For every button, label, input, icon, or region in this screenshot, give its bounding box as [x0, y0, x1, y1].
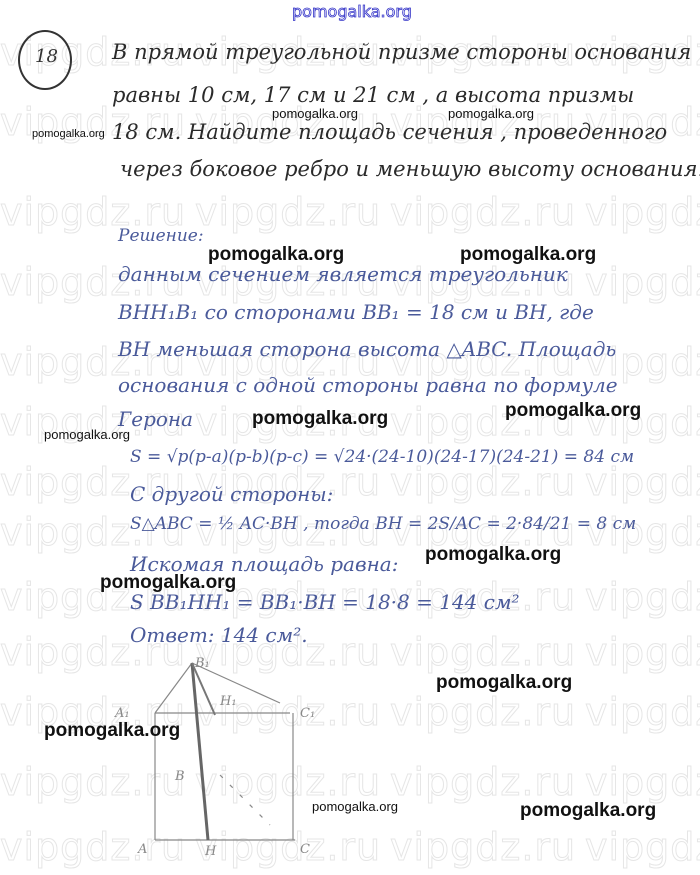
problem-line: 18 см. Найдите площадь сечения , проведе… — [112, 120, 667, 144]
label-c: C — [300, 842, 310, 855]
watermark: vipgdz.ru — [390, 760, 576, 804]
watermark: vipgdz.ru — [390, 190, 576, 234]
watermark: vipgdz.ru — [585, 760, 700, 804]
problem-number-badge: 18 — [18, 30, 72, 90]
watermark: vipgdz.ru — [390, 825, 576, 869]
site-link[interactable]: pomogalka.org — [292, 2, 412, 21]
overlay-watermark: pomogalka.org — [425, 544, 561, 566]
overlay-watermark: pomogalka.org — [436, 672, 572, 694]
overlay-watermark: pomogalka.org — [100, 572, 236, 594]
watermark: vipgdz.ru — [390, 690, 576, 734]
watermark: vipgdz.ru — [585, 690, 700, 734]
height-formula: S△ABC = ½ AC·BH , тогда BH = 2S/AC = 2·8… — [130, 514, 636, 534]
watermark: vipgdz.ru — [585, 260, 700, 304]
label-b: B — [174, 769, 185, 784]
overlay-watermark: pomogalka.org — [312, 799, 398, 814]
watermark: vipgdz.ru — [585, 190, 700, 234]
overlay-watermark: pomogalka.org — [272, 106, 358, 121]
overlay-watermark: pomogalka.org — [208, 244, 344, 266]
prism-figure: B₁ A₁ C₁ H₁ B A H C — [100, 655, 340, 855]
overlay-watermark: pomogalka.org — [32, 128, 105, 140]
solution-line: BHH₁B₁ со сторонами BB₁ = 18 см и BH, гд… — [118, 300, 594, 324]
watermark: vipgdz.ru — [585, 630, 700, 674]
watermark: vipgdz.ru — [390, 630, 576, 674]
solution-heading: Решение: — [118, 226, 204, 246]
problem-line: через боковое ребро и меньшую высоту осн… — [120, 157, 700, 181]
heron-formula: S = √p(p-a)(p-b)(p-c) = √24·(24-10)(24-1… — [130, 447, 634, 467]
solution-line: основания с одной стороны равна по форму… — [118, 373, 618, 397]
solution-line: С другой стороны: — [130, 482, 333, 506]
label-c1: C₁ — [300, 706, 315, 721]
label-h1: H₁ — [219, 694, 237, 709]
overlay-watermark: pomogalka.org — [520, 800, 656, 822]
problem-line: равны 10 см, 17 см и 21 см , а высота пр… — [112, 83, 634, 107]
solution-line: BH меньшая сторона высота △ABC. Площадь — [118, 337, 616, 361]
label-a: A — [137, 842, 147, 855]
overlay-watermark: pomogalka.org — [460, 244, 596, 266]
problem-number: 18 — [35, 46, 58, 67]
watermark: vipgdz.ru — [585, 825, 700, 869]
problem-line: В прямой треугольной призме стороны осно… — [112, 40, 691, 64]
label-a1: A₁ — [114, 706, 130, 721]
overlay-watermark: pomogalka.org — [448, 106, 534, 121]
overlay-watermark: pomogalka.org — [44, 720, 180, 742]
overlay-watermark: pomogalka.org — [505, 400, 641, 422]
answer: Ответ: 144 см². — [130, 623, 308, 647]
label-h: H — [204, 844, 217, 855]
label-b1: B₁ — [194, 656, 210, 671]
watermark: vipgdz.ru — [195, 190, 381, 234]
watermark: vipgdz.ru — [585, 575, 700, 619]
overlay-watermark: pomogalka.org — [44, 427, 130, 442]
overlay-watermark: pomogalka.org — [252, 408, 388, 430]
